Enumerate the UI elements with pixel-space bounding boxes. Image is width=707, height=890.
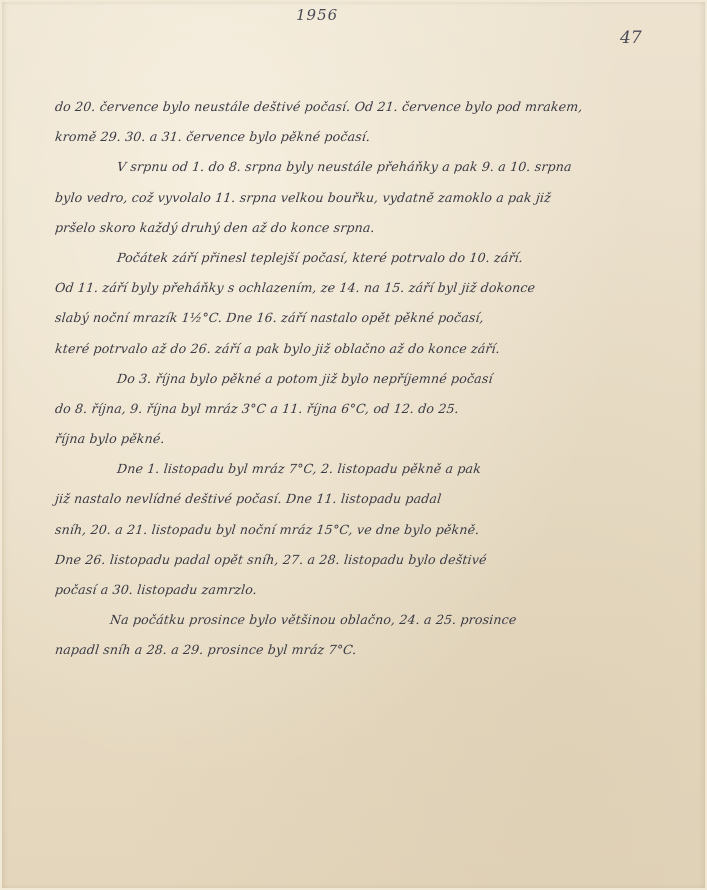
paragraph-august: V srpnu od 1. do 8. srpna byly neustále … <box>55 152 630 243</box>
text-line: Dne 1. listopadu byl mráz 7°C, 2. listop… <box>53 454 631 484</box>
paragraph-july: do 20. července bylo neustále deštivé po… <box>55 92 630 152</box>
text-line: pršelo skoro každý druhý den až do konce… <box>53 213 631 243</box>
text-line: slabý noční mrazík 1½°C. Dne 16. září na… <box>53 303 631 333</box>
text-line: kromě 29. 30. a 31. července bylo pěkné … <box>53 122 631 152</box>
text-line: již nastalo nevlídné deštivé počasí. Dne… <box>53 484 631 514</box>
handwritten-body: do 20. července bylo neustále deštivé po… <box>55 92 630 666</box>
paragraph-october: Do 3. října bylo pěkné a potom již bylo … <box>55 364 630 455</box>
text-line: napadl sníh a 28. a 29. prosince byl mrá… <box>53 635 631 665</box>
text-line: Počátek září přinesl teplejší počasí, kt… <box>53 243 631 273</box>
year-heading: 1956 <box>296 6 338 24</box>
paragraph-november: Dne 1. listopadu byl mráz 7°C, 2. listop… <box>55 454 630 605</box>
text-line: Dne 26. listopadu padal opět sníh, 27. a… <box>53 545 631 575</box>
handwritten-chronicle-page: 1956 47 do 20. července bylo neustále de… <box>0 0 707 890</box>
text-line: bylo vedro, což vyvolalo 11. srpna velko… <box>53 183 631 213</box>
text-line: Do 3. října bylo pěkné a potom již bylo … <box>53 364 631 394</box>
paragraph-december: Na počátku prosince bylo většinou oblačn… <box>55 605 630 665</box>
text-line: které potrvalo až do 26. září a pak bylo… <box>53 334 631 364</box>
text-line: října bylo pěkné. <box>53 424 631 454</box>
paragraph-september: Počátek září přinesl teplejší počasí, kt… <box>55 243 630 364</box>
text-line: sníh, 20. a 21. listopadu byl noční mráz… <box>53 515 631 545</box>
text-line: V srpnu od 1. do 8. srpna byly neustále … <box>53 152 631 182</box>
text-line: do 8. října, 9. října byl mráz 3°C a 11.… <box>53 394 631 424</box>
text-line: do 20. července bylo neustále deštivé po… <box>53 92 631 122</box>
text-line: Od 11. září byly přeháňky s ochlazením, … <box>53 273 631 303</box>
text-line: Na počátku prosince bylo většinou oblačn… <box>53 605 631 635</box>
page-number: 47 <box>620 28 642 48</box>
text-line: počasí a 30. listopadu zamrzlo. <box>53 575 631 605</box>
